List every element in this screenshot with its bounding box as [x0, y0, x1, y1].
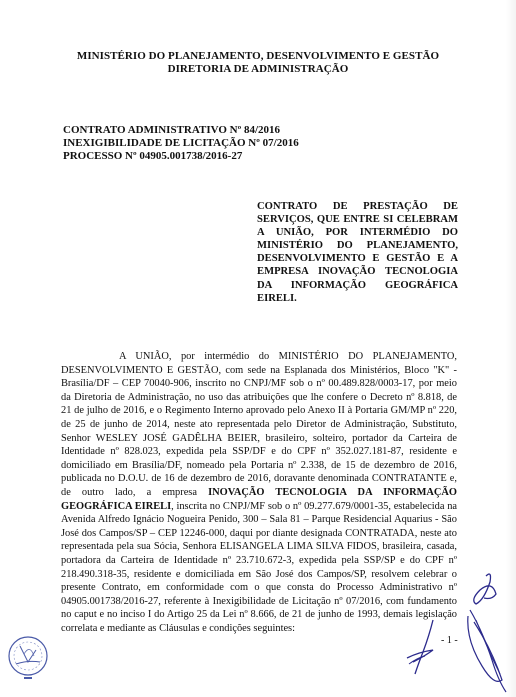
- process-number: PROCESSO Nº 04905.001738/2016-27: [63, 150, 299, 163]
- signature-initials-icon: [403, 618, 443, 678]
- preamble-paragraph: A UNIÃO, por intermédio do MINISTÉRIO DO…: [61, 350, 457, 635]
- contract-number: CONTRATO ADMINISTRATIVO Nº 84/2016: [63, 124, 299, 137]
- official-stamp-icon: [6, 634, 50, 682]
- directorate-title: DIRETORIA DE ADMINISTRAÇÃO: [0, 63, 516, 76]
- contract-references: CONTRATO ADMINISTRATIVO Nº 84/2016 INEXI…: [63, 124, 299, 163]
- document-header: MINISTÉRIO DO PLANEJAMENTO, DESENVOLVIME…: [0, 50, 516, 76]
- inexigibility-number: INEXIGIBILIDADE DE LICITAÇÃO Nº 07/2016: [63, 137, 299, 150]
- preamble-part-1: A UNIÃO, por intermédio do MINISTÉRIO DO…: [61, 351, 457, 498]
- page-number: - 1 -: [441, 635, 458, 646]
- contract-summary: CONTRATO DE PRESTAÇÃO DE SERVIÇOS, QUE E…: [257, 200, 458, 305]
- ministry-title: MINISTÉRIO DO PLANEJAMENTO, DESENVOLVIME…: [0, 50, 516, 63]
- signature-icon: [462, 570, 516, 697]
- preamble-part-2: , inscrita no CNPJ/MF sob o nº 09.277.67…: [61, 501, 457, 634]
